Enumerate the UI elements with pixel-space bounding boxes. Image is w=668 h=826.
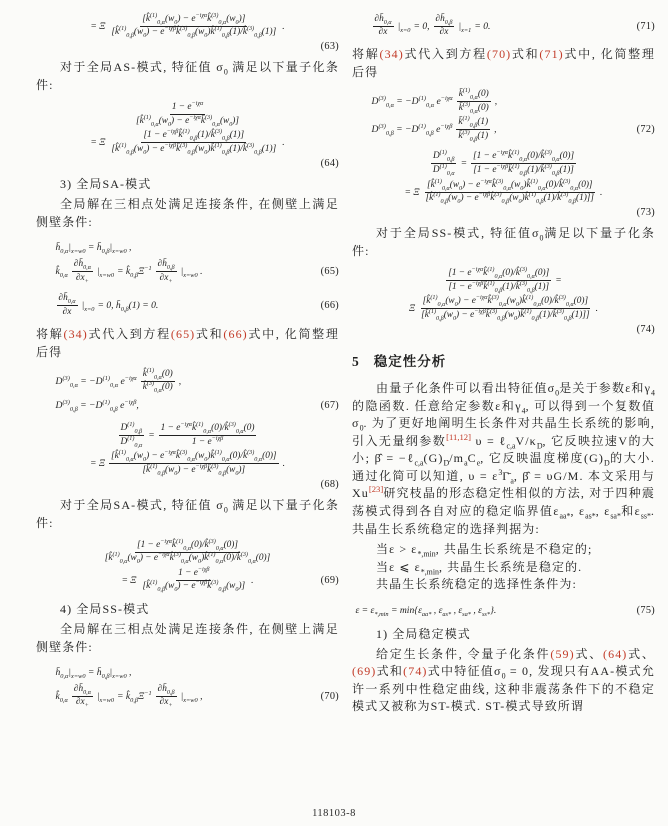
equation-row: (73) — [352, 206, 655, 219]
numerator: k̄(1)0,α(0) — [457, 89, 491, 102]
math-text: D(3)0,α = −D(1)0,α e−iχα — [56, 376, 137, 387]
denominator: ∂x+ — [158, 697, 175, 709]
denominator: ∂x — [61, 306, 74, 318]
math-text: . — [600, 187, 602, 198]
equation-row: [1 − e−iχαk̂(1)0,α(0)/k̂(3)0,α(0)][1 − e… — [352, 266, 655, 294]
equation-65: h̄0,α|x=w0 = h̄0,β|x=w0 ,k̂0,α∂h̄0,α∂x+|… — [36, 238, 339, 286]
equation-ref: (74) — [403, 664, 427, 678]
fraction: 1 − e−iχβ[k̂(1)0,β(w0) − e−iχβk̂(3)0,β(w… — [140, 568, 247, 593]
section-title: 稳定性分析 — [374, 354, 447, 369]
equation-row: ε = ε*,min = min{εaa* , εas* , εsa* , εs… — [352, 600, 655, 620]
math-text: = k̂0,βΞ−1 — [117, 266, 152, 277]
equation-number: (66) — [321, 300, 339, 311]
equation-row: k̂0,α∂h̄0,α∂x+|x=w0= k̂0,βΞ−1∂h̄0,β∂x+|x… — [36, 682, 339, 710]
numerator: [1 − e−iχαk̂(1)0,α(0)/k̂(3)0,α(0)] — [135, 540, 240, 553]
section-number: 5 — [352, 354, 360, 369]
equation-number: (69) — [321, 575, 339, 586]
denominator: [k̂(1)0,β(w0) − e−iχβk̂(3)0,β(w0)k̂(1)0,… — [109, 27, 278, 39]
equation-row: Ξ[k̂(1)0,α(w0) − e−iχαk̂(3)0,α(w0)k̂(1)0… — [352, 295, 655, 323]
para-sa-intro: 全局解在三相点处满足连接条件, 在侧壁上满足侧壁条件: — [36, 196, 339, 231]
equation-ref: (70) — [487, 47, 511, 61]
para-criterion-unstable: 当ε > ε*,min, 共晶生长系统是不稳定的; — [352, 541, 655, 559]
numerator: [k̂(1)0,α(w0) − e−iχαk̂(3)0,α(w0)] — [140, 14, 247, 27]
equation-63: = Ξ[k̂(1)0,α(w0) − e−iχαk̂(3)0,α(w0)][k̂… — [36, 12, 339, 53]
section-5-heading: 5稳定性分析 — [352, 350, 655, 370]
equation-row: (63) — [36, 40, 339, 53]
para-sa-mode-condition: 对于全局SA-模式, 特征值 σ0 满足以下量子化条件: — [36, 497, 339, 532]
equation-row: D(3)0,β = −D(1)0,β e−iχβ,(67) — [36, 395, 339, 415]
math-text: , — [179, 376, 181, 387]
denominator: D(1)0,α — [119, 436, 145, 448]
math-text: . — [282, 137, 284, 148]
denominator: [1 − e−iχβk̂(1)0,β(1)/k̂(3)0,β(1)] — [471, 164, 576, 176]
equation-number: (64) — [321, 158, 339, 169]
numerator: ∂h̄0,β — [156, 684, 177, 697]
fraction: [1 − e−iχαk̂(1)0,α(0)/k̂(3)0,α(0)][1 − e… — [446, 268, 551, 293]
math-text: = 0, h̄0,β(1) = 0. — [97, 300, 158, 311]
denominator: k̄(3)0,α(0) — [457, 102, 491, 114]
math-text: = k̂0,βΞ−1 — [117, 691, 152, 702]
right-column: ∂h̄0,α∂x|x=0= 0,∂h̄0,β∂x|x=1= 0.(71) 将解(… — [352, 6, 655, 717]
heading-ss-mode: 4) 全局SS-模式 — [36, 601, 339, 619]
equation-row: (64) — [36, 157, 339, 170]
math-text: |x=0 — [82, 300, 95, 311]
math-text: . — [283, 458, 285, 469]
math-text: k̂0,α — [56, 691, 68, 702]
math-text: h̄0,α|x=w0 = h̄0,β|x=w0 , — [56, 667, 132, 678]
equation-number: (65) — [321, 266, 339, 277]
equation-number: (73) — [637, 207, 655, 218]
denominator: 1 − e−iχβ — [190, 436, 225, 448]
math-text: . — [282, 21, 284, 32]
math-text: = — [555, 275, 561, 286]
para-ss-mode-condition: 对于全局SS-模式, 特征值σ0满足以下量子化条件: — [352, 225, 655, 260]
equation-row: D(1)0,βD(1)0,α=[1 − e−iχαk̂(1)0,α(0)/k̂(… — [352, 150, 655, 178]
numerator: 1 − e−iχαk̂(1)0,α(0)/k̂(3)0,α(0) — [159, 423, 257, 436]
equation-73: D(1)0,βD(1)0,α=[1 − e−iχαk̂(1)0,α(0)/k̂(… — [352, 150, 655, 219]
equation-ref: (64) — [603, 647, 627, 661]
math-text: ε = ε*,min = min{εaa* , εas* , εsa* , εs… — [356, 605, 497, 616]
math-text: = Ξ — [121, 575, 136, 586]
heading-global-stable-mode: 1) 全局稳定模式 — [352, 626, 655, 644]
heading-sa-mode: 3) 全局SA-模式 — [36, 176, 339, 194]
equation-row: h̄0,α|x=w0 = h̄0,β|x=w0 , — [36, 662, 339, 682]
fraction: 1 − e−iχα[k̂(1)0,α(w0) − e−iχαk̂(3)0,α(w… — [134, 102, 241, 127]
para-criterion-stable: 当ε ⩽ ε*,min, 共晶生长系统是稳定的. — [352, 559, 655, 577]
numerator: [k̂(1)0,α(w0) − e−iχαk̂(3)0,α(w0)k̂(1)0,… — [425, 180, 595, 193]
math-text: = 0. — [474, 21, 490, 32]
citation-ref: [23] — [369, 484, 383, 494]
equation-row: = Ξ[1 − e−iχβk̂(1)0,β(1)/k̂(3)0,β(1)][k̂… — [36, 129, 339, 157]
denominator: ∂x+ — [158, 272, 175, 284]
fraction: D(1)0,βD(1)0,α — [431, 151, 457, 176]
math-text: , — [494, 124, 496, 135]
denominator: ∂x — [377, 27, 390, 39]
equation-ref: (59) — [550, 647, 574, 661]
denominator: D(1)0,α — [431, 164, 457, 176]
numerator: k̂(1)0,α(0) — [141, 369, 175, 382]
denominator: [k̂(1)0,α(w0) − e−iχαk̂(3)0,α(w0)] — [134, 115, 241, 127]
equation-number: (75) — [637, 605, 655, 616]
denominator: [k̂(1)0,β(w0) − e−iχβk̂(3)0,β(w0)k̂(1)0,… — [419, 309, 591, 321]
equation-row: = Ξ1 − e−iχβ[k̂(1)0,β(w0) − e−iχβk̂(3)0,… — [36, 566, 339, 594]
fraction: [k̂(1)0,α(w0) − e−iχαk̂(3)0,α(w0)k̂(1)0,… — [109, 451, 279, 476]
math-text: h̄0,α|x=w0 = h̄0,β|x=w0 , — [56, 242, 132, 253]
denominator: [k̂(1)0,β(w0) − e−iχβk̂(3)0,β(w0)k̂(1)0,… — [109, 143, 278, 155]
equation-row: D(3)0,β = −D(1)0,β e−iχβk̄(1)0,β(1)k̄(3)… — [352, 116, 655, 144]
equation-ref: (65) — [171, 327, 195, 341]
denominator: [k̂(1)0,β(w0) − e−iχβk̂(3)0,β(w0)k̂(1)0,… — [424, 193, 596, 205]
equation-row: = Ξ[k̂(1)0,α(w0) − e−iχαk̂(3)0,α(w0)][k̂… — [36, 12, 339, 40]
fraction: D(1)0,βD(1)0,α — [119, 423, 145, 448]
math-text: = Ξ — [405, 187, 420, 198]
fraction: ∂h̄0,α∂x — [57, 293, 78, 318]
numerator: [1 − e−iχβk̂(1)0,β(1)/k̂(3)0,β(1)] — [141, 130, 246, 143]
fraction: [k̂(1)0,α(w0) − e−iχαk̂(3)0,α(w0)k̂(1)0,… — [424, 180, 596, 205]
numerator: [k̂(1)0,α(w0) − e−iχαk̂(3)0,α(w0)k̂(1)0,… — [421, 296, 591, 309]
numerator: D(1)0,β — [431, 151, 457, 164]
fraction: [1 − e−iχαk̂(1)0,α(0)/k̂(3)0,α(0)][1 − e… — [471, 151, 576, 176]
math-text: = 0, — [413, 21, 429, 32]
equation-72: D(3)0,α = −D(1)0,α e−iχαk̄(1)0,α(0)k̄(3)… — [352, 87, 655, 143]
equation-number: (67) — [321, 400, 339, 411]
equation-64: 1 − e−iχα[k̂(1)0,α(w0) − e−iχαk̂(3)0,α(w… — [36, 100, 339, 169]
two-column-layout: = Ξ[k̂(1)0,α(w0) − e−iχαk̂(3)0,α(w0)][k̂… — [36, 6, 655, 717]
equation-row: D(3)0,α = −D(1)0,α e−iχαk̄(1)0,α(0)k̄(3)… — [352, 87, 655, 115]
denominator: [k̂(1)0,β(w0) − e−iχβk̂(3)0,β(w0)] — [140, 581, 247, 593]
fraction: k̄(1)0,β(1)k̄(3)0,β(1) — [456, 117, 490, 142]
equation-66: ∂h̄0,α∂x|x=0= 0, h̄0,β(1) = 0.(66) — [36, 292, 339, 320]
fraction: ∂h̄0,α∂x+ — [72, 684, 93, 709]
denominator: k̂(3)0,α(0) — [141, 382, 175, 394]
math-text: |x=1 — [458, 21, 471, 32]
math-text: k̂0,α — [56, 266, 68, 277]
fraction: 1 − e−iχαk̂(1)0,α(0)/k̂(3)0,α(0)1 − e−iχ… — [159, 423, 257, 448]
fraction: k̂(1)0,α(0)k̂(3)0,α(0) — [141, 369, 175, 394]
denominator: [1 − e−iχβk̂(1)0,β(1)/k̂(3)0,β(1)] — [446, 281, 551, 293]
math-text: Ξ — [409, 303, 415, 314]
left-column: = Ξ[k̂(1)0,α(w0) − e−iχαk̂(3)0,α(w0)][k̂… — [36, 6, 339, 717]
para-selective-condition: 共晶生长系统稳定的选择性条件为: — [352, 576, 655, 594]
math-text: = — [148, 430, 154, 441]
math-text: |x=w0 — [97, 691, 114, 702]
equation-number: (70) — [321, 691, 339, 702]
para-st-mode: 给定生长条件, 令量子化条件(59)式、(64)式、(69)式和(74)式中特征… — [352, 646, 655, 716]
equation-row: D(1)0,βD(1)0,α=1 − e−iχαk̂(1)0,α(0)/k̂(3… — [36, 421, 339, 449]
denominator: ∂x+ — [74, 697, 91, 709]
equation-71: ∂h̄0,α∂x|x=0= 0,∂h̄0,β∂x|x=1= 0.(71) — [352, 12, 655, 40]
math-text: = — [461, 158, 467, 169]
equation-row: ∂h̄0,α∂x|x=0= 0,∂h̄0,β∂x|x=1= 0.(71) — [352, 12, 655, 40]
numerator: ∂h̄0,β — [156, 259, 177, 272]
fraction: [k̂(1)0,α(w0) − e−iχαk̂(3)0,α(w0)k̂(1)0,… — [419, 296, 591, 321]
numerator: [k̂(1)0,α(w0) − e−iχαk̂(3)0,α(w0)k̂(1)0,… — [109, 451, 279, 464]
equation-ref: (34) — [379, 47, 403, 61]
equation-ref: (71) — [539, 47, 563, 61]
math-text: , — [495, 96, 497, 107]
math-text: = Ξ — [90, 137, 105, 148]
para-stability-analysis: 由量子化条件可以看出特征值σ0是关于参数ε和γ4的隐函数. 任意给定参数ε和γ4… — [352, 380, 655, 538]
math-text: |x=w0 . — [181, 266, 203, 277]
paper-page: = Ξ[k̂(1)0,α(w0) − e−iχαk̂(3)0,α(w0)][k̂… — [0, 0, 668, 826]
para-substitute-70-71: 将解(34)式代入到方程(70)式和(71)式中, 化简整理后得 — [352, 46, 655, 81]
equation-row: ∂h̄0,α∂x|x=0= 0, h̄0,β(1) = 0.(66) — [36, 292, 339, 320]
fraction: ∂h̄0,α∂x+ — [72, 259, 93, 284]
numerator: ∂h̄0,α — [373, 14, 394, 27]
denominator: [k̂(1)0,α(w0) − e−iχαk̂(3)0,α(w0)k̂(1)0,… — [103, 553, 273, 565]
equation-row: (74) — [352, 323, 655, 336]
denominator: k̄(3)0,β(1) — [456, 130, 490, 142]
numerator: ∂h̄0,α — [57, 293, 78, 306]
math-text: D(3)0,β = −D(1)0,β e−iχβ, — [56, 400, 139, 411]
numerator: ∂h̄0,α — [72, 259, 93, 272]
para-as-mode-condition: 对于全局AS-模式, 特征值 σ0 满足以下量子化条件: — [36, 59, 339, 94]
fraction: k̄(1)0,α(0)k̄(3)0,α(0) — [457, 89, 491, 114]
math-text: |x=0 — [398, 21, 411, 32]
math-text: = Ξ — [90, 21, 105, 32]
para-substitute-65-66: 将解(34)式代入到方程(65)式和(66)式中, 化简整理后得 — [36, 326, 339, 361]
numerator: ∂h̄0,α — [72, 684, 93, 697]
equation-75: ε = ε*,min = min{εaa* , εas* , εsa* , εs… — [352, 600, 655, 620]
page-number-footer: 118103-8 — [0, 808, 668, 819]
equation-row: = Ξ[k̂(1)0,α(w0) − e−iχαk̂(3)0,α(w0)k̂(1… — [36, 450, 339, 478]
denominator: ∂x — [438, 27, 451, 39]
math-text: . — [251, 575, 253, 586]
equation-number: (72) — [637, 124, 655, 135]
math-text: = Ξ — [90, 458, 105, 469]
equation-row: k̂0,α∂h̄0,α∂x+|x=w0= k̂0,βΞ−1∂h̄0,β∂x+|x… — [36, 258, 339, 286]
citation-ref: [11,12] — [446, 432, 471, 442]
equation-number: (68) — [321, 479, 339, 490]
equation-row: h̄0,α|x=w0 = h̄0,β|x=w0 , — [36, 238, 339, 258]
equation-number: (71) — [637, 21, 655, 32]
fraction: [k̂(1)0,α(w0) − e−iχαk̂(3)0,α(w0)][k̂(1)… — [109, 14, 278, 39]
equation-69: [1 − e−iχαk̂(1)0,α(0)/k̂(3)0,α(0)][k̂(1)… — [36, 538, 339, 594]
denominator: ∂x+ — [74, 272, 91, 284]
equation-ref: (69) — [352, 664, 376, 678]
equation-number: (74) — [637, 324, 655, 335]
numerator: 1 − e−iχβ — [176, 568, 211, 581]
equation-row: (68) — [36, 478, 339, 491]
equation-67: D(3)0,α = −D(1)0,α e−iχαk̂(1)0,α(0)k̂(3)… — [36, 367, 339, 415]
fraction: [1 − e−iχαk̂(1)0,α(0)/k̂(3)0,α(0)][k̂(1)… — [103, 540, 273, 565]
equation-number: (63) — [321, 41, 339, 52]
equation-68: D(1)0,βD(1)0,α=1 − e−iχαk̂(1)0,α(0)/k̂(3… — [36, 421, 339, 490]
math-text: . — [596, 303, 598, 314]
equation-row: = Ξ[k̂(1)0,α(w0) − e−iχαk̂(3)0,α(w0)k̂(1… — [352, 178, 655, 206]
math-text: D(3)0,α = −D(1)0,α e−iχα — [372, 96, 453, 107]
math-text: D(3)0,β = −D(1)0,β e−iχβ — [372, 124, 453, 135]
fraction: ∂h̄0,β∂x+ — [156, 684, 177, 709]
fraction: ∂h̄0,α∂x — [373, 14, 394, 39]
denominator: [k̂(1)0,β(w0) − e−iχβk̂(3)0,β(w0)] — [140, 464, 247, 476]
equation-74: [1 − e−iχαk̂(1)0,α(0)/k̂(3)0,α(0)][1 − e… — [352, 266, 655, 335]
equation-70: h̄0,α|x=w0 = h̄0,β|x=w0 ,k̂0,α∂h̄0,α∂x+|… — [36, 662, 339, 710]
numerator: k̄(1)0,β(1) — [456, 117, 490, 130]
numerator: [1 − e−iχαk̂(1)0,α(0)/k̂(3)0,α(0)] — [446, 268, 551, 281]
numerator: ∂h̄0,β — [434, 14, 455, 27]
math-text: |x=w0 , — [181, 691, 203, 702]
fraction: ∂h̄0,β∂x — [434, 14, 455, 39]
para-ss-intro: 全局解在三相点处满足连接条件, 在侧壁上满足侧壁条件: — [36, 621, 339, 656]
fraction: ∂h̄0,β∂x+ — [156, 259, 177, 284]
equation-ref: (66) — [223, 327, 247, 341]
numerator: [1 − e−iχαk̂(1)0,α(0)/k̂(3)0,α(0)] — [471, 151, 576, 164]
math-text: |x=w0 — [97, 266, 114, 277]
equation-row: D(3)0,α = −D(1)0,α e−iχαk̂(1)0,α(0)k̂(3)… — [36, 367, 339, 395]
equation-ref: (34) — [63, 327, 87, 341]
equation-row: 1 − e−iχα[k̂(1)0,α(w0) − e−iχαk̂(3)0,α(w… — [36, 100, 339, 128]
fraction: [1 − e−iχβk̂(1)0,β(1)/k̂(3)0,β(1)][k̂(1)… — [109, 130, 278, 155]
equation-row: [1 − e−iχαk̂(1)0,α(0)/k̂(3)0,α(0)][k̂(1)… — [36, 538, 339, 566]
